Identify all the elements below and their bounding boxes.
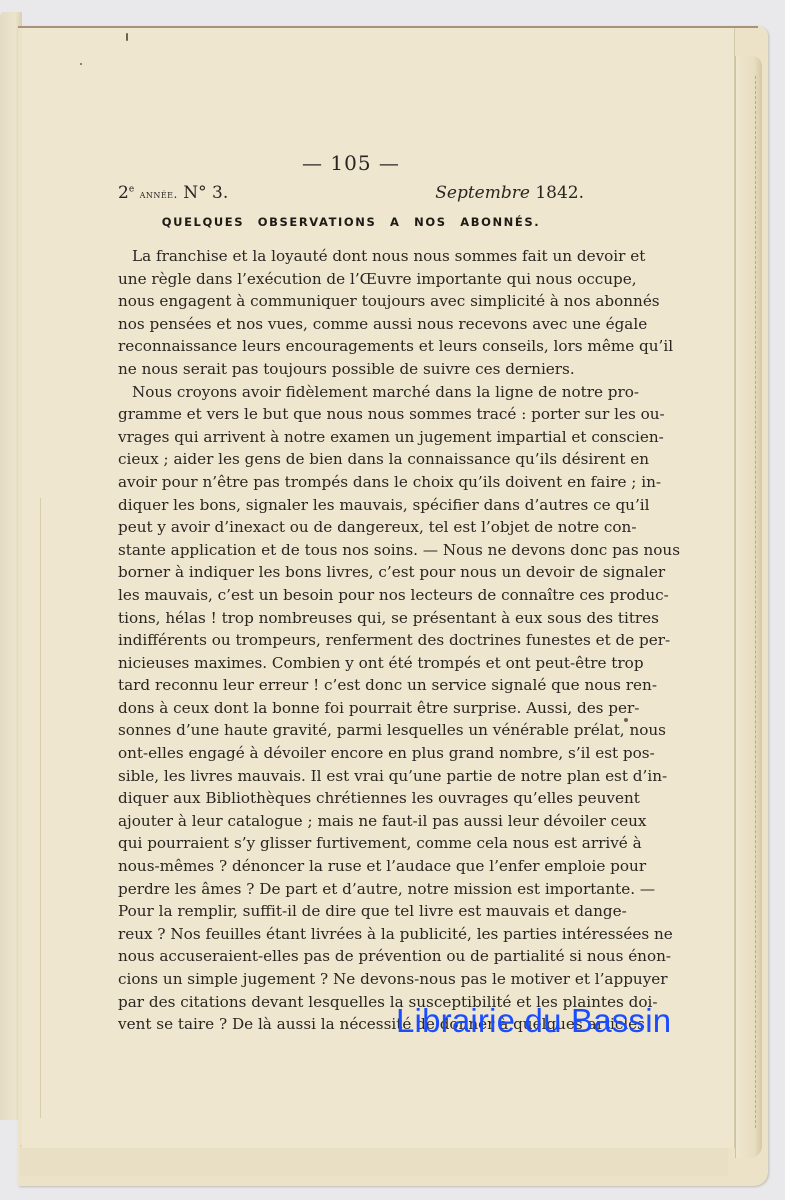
issue-number: N° 3. — [183, 183, 228, 203]
text-line: ont-elles engagé à dévoiler encore en pl… — [118, 742, 584, 765]
text-line: cions un simple jugement ? Ne devons-nou… — [118, 968, 584, 991]
text-line: tard reconnu leur erreur ! c’est donc un… — [118, 674, 584, 697]
text-line: Nous croyons avoir fidèlement marché dan… — [118, 381, 584, 404]
volume-label: année. — [140, 187, 178, 201]
text-line: une règle dans l’exécution de l’Œuvre im… — [118, 268, 584, 291]
text-line: gramme et vers le but que nous nous somm… — [118, 403, 584, 426]
text-line: nous accuseraient-elles pas de préventio… — [118, 945, 584, 968]
text-line: reux ? Nos feuilles étant livrées à la p… — [118, 923, 584, 946]
text-line: nous engagent à communiquer toujours ave… — [118, 290, 584, 313]
text-line: diquer aux Bibliothèques chrétiennes les… — [118, 787, 584, 810]
volume-issue: 2e année. N° 3. — [118, 183, 228, 203]
text-line: reconnaissance leurs encouragements et l… — [118, 335, 584, 358]
volume-ordinal: e — [129, 184, 134, 194]
text-line: La franchise et la loyauté dont nous nou… — [118, 245, 584, 268]
text-line: Pour la remplir, suffit-il de dire que t… — [118, 900, 584, 923]
text-line: avoir pour n’être pas trompés dans le ch… — [118, 471, 584, 494]
text-line: sonnes d’une haute gravité, parmi lesque… — [118, 719, 584, 742]
text-line: vrages qui arrivent à notre examen un ju… — [118, 426, 584, 449]
watermark-librairie-du-bassin: Librairie du Bassin — [396, 1002, 671, 1040]
ink-speck — [126, 33, 128, 41]
text-line: nicieuses maximes. Combien y ont été tro… — [118, 652, 584, 675]
issue-year: 1842. — [535, 183, 584, 203]
text-line: qui pourraient s’y glisser furtivement, … — [118, 832, 584, 855]
paragraph-2: Nous croyons avoir fidèlement marché dan… — [118, 381, 584, 1036]
text-line: indifférents ou trompeurs, renferment de… — [118, 629, 584, 652]
volume-number: 2 — [118, 183, 129, 203]
text-line: ajouter à leur catalogue ; mais ne faut-… — [118, 810, 584, 833]
text-line: cieux ; aider les gens de bien dans la c… — [118, 448, 584, 471]
text-line: sible, les livres mauvais. Il est vrai q… — [118, 765, 584, 788]
text-line: diquer les bons, signaler les mauvais, s… — [118, 494, 584, 517]
article-title: QUELQUES OBSERVATIONS A NOS ABONNÉS. — [118, 215, 584, 229]
text-line: ne nous serait pas toujours possible de … — [118, 358, 584, 381]
issue-date: Septembre 1842. — [435, 183, 584, 203]
fold-line — [40, 498, 41, 1118]
text-line: nos pensées et nos vues, comme aussi nou… — [118, 313, 584, 336]
text-line: dons à ceux dont la bonne foi pourrait ê… — [118, 697, 584, 720]
article-text-block: — 105 — 2e année. N° 3. Septembre 1842. … — [118, 150, 584, 1036]
text-line: perdre les âmes ? De part et d’autre, no… — [118, 878, 584, 901]
text-line: peut y avoir d’inexact ou de dangereux, … — [118, 516, 584, 539]
text-line: nous-mêmes ? dénoncer la ruse et l’audac… — [118, 855, 584, 878]
issue-month: Septembre — [435, 183, 530, 203]
text-line: les mauvais, c’est un besoin pour nos le… — [118, 584, 584, 607]
text-line: stante application et de tous nos soins.… — [118, 539, 584, 562]
ink-speck — [80, 63, 82, 65]
text-line: borner à indiquer les bons livres, c’est… — [118, 561, 584, 584]
paragraph-1: La franchise et la loyauté dont nous nou… — [118, 245, 584, 381]
text-line: tions, hélas ! trop nombreuses qui, se p… — [118, 607, 584, 630]
page-number: — 105 — — [118, 150, 584, 176]
page-edge-right — [735, 56, 762, 1158]
page-bottom-fold — [20, 1145, 728, 1176]
issue-header: 2e année. N° 3. Septembre 1842. — [118, 183, 584, 207]
